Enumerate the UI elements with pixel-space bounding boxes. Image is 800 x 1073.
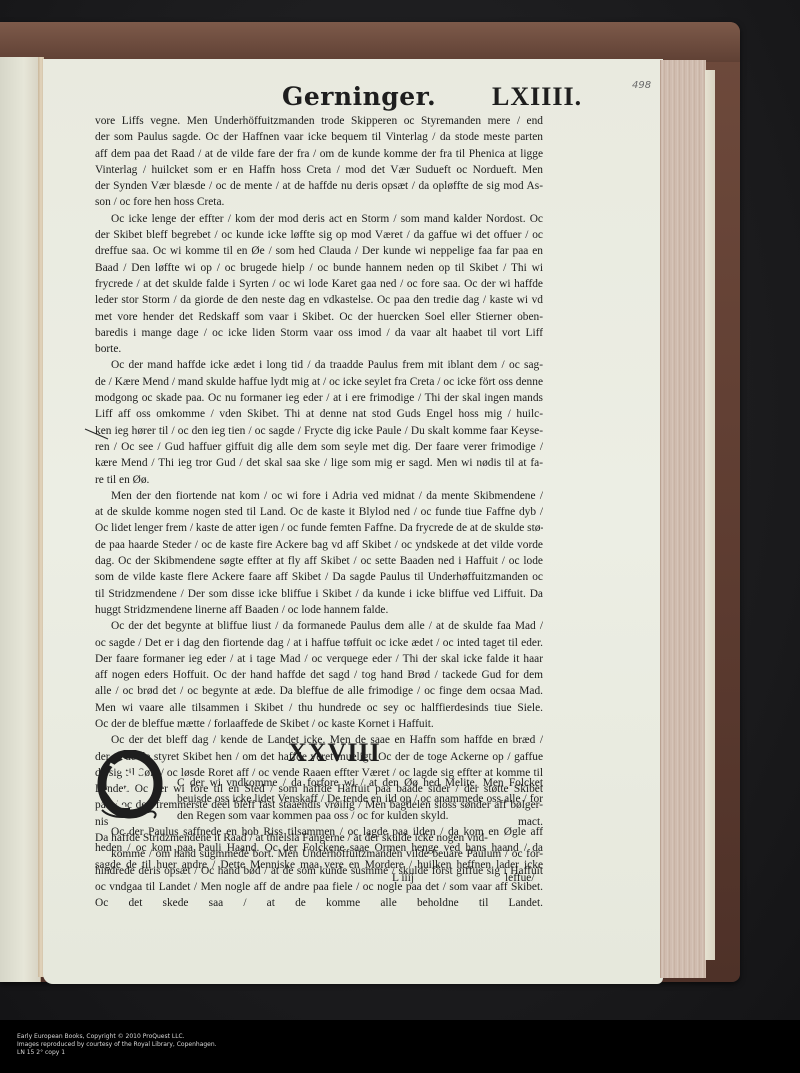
text-line: der Synden Vær blæsde / oc de mente / at… <box>95 178 543 194</box>
text-line: beuisde oss icke lidet Venskaff / De ten… <box>177 791 543 807</box>
page-fore-edge-inner <box>705 70 715 960</box>
text-line: frycrede / at det skulde falde i Syrten … <box>95 276 543 292</box>
text-line: der Skibet bleff begrebet / oc kunde ick… <box>95 227 543 243</box>
text-line: alle / oc brød det / oc begynte at æde. … <box>95 683 543 699</box>
text-line: Oc der de bleffue mætte / forlaaffede de… <box>95 716 543 732</box>
text-line: Oc der det begynte at bliffue liust / da… <box>95 618 543 634</box>
text-line: huggt Stridzmendene linerne aff Baaden /… <box>95 602 543 618</box>
text-line: Oc der Paulus saffnede en hob Riss tilsa… <box>95 824 543 840</box>
text-line: Vinterlag / huilcket som er en Haffn hos… <box>95 162 543 178</box>
text-line: sagde de til huer andre / Dette Menniske… <box>95 857 543 873</box>
text-line: baredis i mange dage / oc icke liden Sto… <box>95 325 543 341</box>
text-line: borte. <box>95 341 543 357</box>
text-line: aff dem paa det Raad / at de vilde fare … <box>95 146 543 162</box>
text-line: Oc der mand haffde icke ædet i long tid … <box>95 357 543 373</box>
text-line: C der wi vndkomme / da forfore wi / at d… <box>177 775 543 791</box>
footer-shelfmark-line: LN 15 2° copy 1 <box>17 1049 65 1056</box>
text-line: Oc det skede saa / at de komme alle beho… <box>95 895 543 911</box>
text-line: de / Kære Mend / mand skulde haffue lydt… <box>95 374 543 390</box>
text-line: som de vilde kaste flere Ackere faare af… <box>95 569 543 585</box>
footer-copyright-line: Early European Books, Copyright © 2010 P… <box>17 1033 185 1040</box>
running-head: Gerninger. <box>282 82 436 111</box>
left-facing-page <box>0 57 41 982</box>
text-line: re til en Øø. <box>95 472 543 488</box>
text-line: oc vndgaa til Landet / Men nogle aff de … <box>95 879 543 895</box>
text-line: kære Mend / Thi ieg tror Gud / det skal … <box>95 455 543 471</box>
text-line: Baad / Den løffte wi op / oc brugede hie… <box>95 260 543 276</box>
text-line: met vore hender det Redskaff som vaar i … <box>95 309 543 325</box>
text-line: dag. Oc der Skibmendene søgte effter at … <box>95 553 543 569</box>
text-line: Men der den fiortende nat kom / oc wi fo… <box>95 488 543 504</box>
text-line: Oc lidet lenger frem / kaste de atter ig… <box>95 520 543 536</box>
text-line: Oc icke lenge der effter / kom der mod d… <box>95 211 543 227</box>
text-line: ren / Oc see / Gud haffuer giffuit dig a… <box>95 439 543 455</box>
copyright-footer: Early European Books, Copyright © 2010 P… <box>0 1020 800 1073</box>
decorated-initial-icon <box>92 750 164 822</box>
chapter-opening-text: C der wi vndkomme / da forfore wi / at d… <box>177 775 543 824</box>
signature-mark: L iiij <box>392 872 414 884</box>
text-line: modgong oc skade paa. Oc nu formaner ieg… <box>95 390 543 406</box>
text-line: til Stridzmendene / Der som disse icke b… <box>95 586 543 602</box>
text-line: Liff aff oss omkomme / vden Skibet. Thi … <box>95 406 543 422</box>
chapter-number: XXVIII <box>288 738 381 768</box>
text-line: der som Paulus sagde. Oc der Haffnen vaa… <box>95 129 543 145</box>
text-line: den Regen som vaar kommen paa oss / oc f… <box>177 808 543 824</box>
book-cover-top-edge <box>0 22 740 62</box>
text-line: Men wi vaare alle tilsammen i Skibet / t… <box>95 700 543 716</box>
text-line: de paa haarde Steder / oc de kaste fire … <box>95 537 543 553</box>
page-fore-edge <box>660 60 706 978</box>
text-line: aff nogen eders Hoffuit. Oc der hand haf… <box>95 667 543 683</box>
text-line: ken ieg hører til / oc den ieg tien / oc… <box>95 423 543 439</box>
catchword: leffue/ <box>505 872 535 884</box>
text-line: oc sagde / Det er i dag den fiortende da… <box>95 635 543 651</box>
folio-number: LXIIII. <box>492 82 582 112</box>
footer-courtesy-line: Images reproduced by courtesy of the Roy… <box>17 1041 217 1048</box>
text-line: dreffue saa. Oc wi komme til en Øe / som… <box>95 243 543 259</box>
text-line: vore Liffs vegne. Men Underhöffuitzmande… <box>95 113 543 129</box>
text-line: leder stor Storm / da giorde de den nest… <box>95 292 543 308</box>
chapter-continuation-text: Oc der Paulus saffnede en hob Riss tilsa… <box>95 824 543 873</box>
text-line: heden / oc kom paa Pauli Haand. Oc der F… <box>95 840 543 856</box>
text-line: son / oc fore hen hoss Creta. <box>95 194 543 210</box>
text-line: Der faare formaner ieg eder / at i tage … <box>95 651 543 667</box>
manuscript-page-number: 498 <box>632 80 651 91</box>
text-line: at de skulde komme nogen sted til Land. … <box>95 504 543 520</box>
